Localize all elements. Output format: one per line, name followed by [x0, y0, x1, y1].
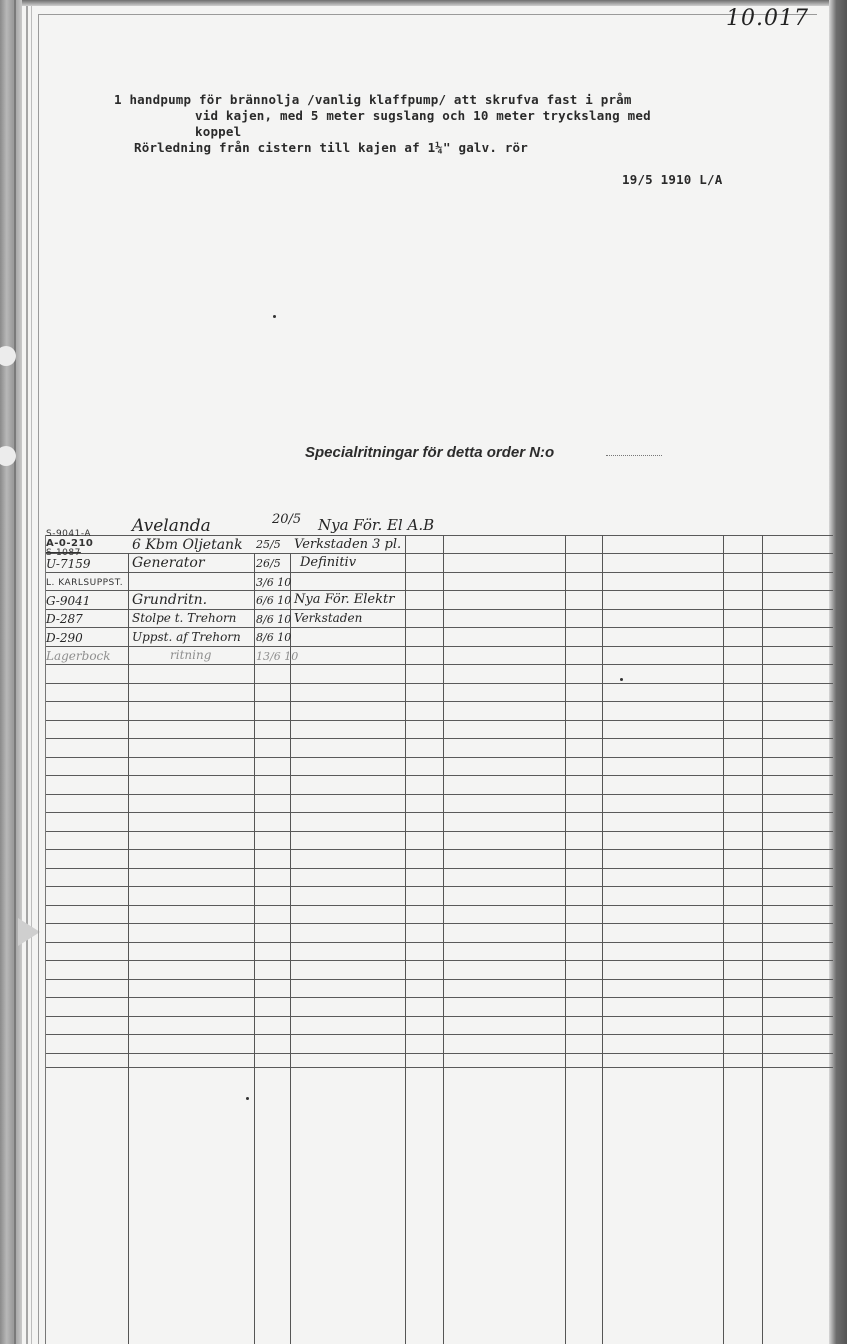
drawing-number: D-287 — [46, 612, 83, 626]
drawing-date: 13/6 10 — [256, 650, 298, 663]
column-rule — [405, 535, 406, 1344]
row-rule — [45, 1067, 833, 1068]
column-rule — [602, 535, 603, 1344]
column-rule — [443, 535, 444, 1344]
row-rule — [45, 590, 833, 591]
row-rule — [45, 738, 833, 739]
reference-number: 10.017 — [726, 6, 809, 31]
left-border-rule — [38, 14, 39, 1344]
drawing-destination: Nya För. Elektr — [294, 592, 394, 607]
drawing-description: Uppst. af Trehorn — [132, 630, 241, 644]
typed-line-3: koppel — [195, 124, 241, 139]
typed-line-4: Rörledning från cistern till kajen af 1¼… — [134, 140, 528, 155]
row-rule — [45, 942, 833, 943]
ink-speck — [246, 1097, 249, 1100]
drawing-description: Generator — [132, 555, 205, 571]
typed-line-2: vid kajen, med 5 meter sugslang och 10 m… — [195, 108, 651, 123]
row-rule — [45, 812, 833, 813]
folded-corner — [18, 918, 40, 946]
row-rule — [45, 720, 833, 721]
row-rule — [45, 979, 833, 980]
row-rule — [45, 794, 833, 795]
row-rule — [45, 960, 833, 961]
row-rule — [45, 831, 833, 832]
ink-speck — [273, 315, 276, 318]
row-rule — [45, 572, 833, 573]
drawing-date: 25/5 — [256, 538, 281, 551]
column-rule — [254, 553, 255, 1344]
row-rule — [45, 553, 833, 554]
row-rule — [45, 997, 833, 998]
drawing-date: 20/5 — [272, 512, 301, 527]
binding-rule — [26, 0, 28, 1344]
typed-line-1: 1 handpump för brännolja /vanlig klaffpu… — [114, 92, 632, 107]
row-rule — [45, 757, 833, 758]
row-rule — [45, 664, 833, 665]
drawing-description: ritning — [170, 648, 211, 662]
drawing-number: L. KARLSUPPST. — [46, 578, 123, 588]
row-rule — [45, 775, 833, 776]
drawing-number: D-290 — [46, 631, 83, 645]
row-rule — [45, 886, 833, 887]
row-rule — [45, 849, 833, 850]
row-rule — [45, 701, 833, 702]
column-rule — [723, 535, 724, 1344]
drawing-date: 8/6 10 — [256, 613, 291, 626]
drawing-destination: Verkstaden 3 pl. — [294, 537, 401, 552]
document-page: 10.017 1 handpump för brännolja /vanlig … — [0, 0, 847, 1344]
drawing-date: 6/6 10 — [256, 594, 291, 607]
drawing-description: Stolpe t. Trehorn — [132, 611, 236, 625]
row-rule — [45, 868, 833, 869]
ink-speck — [620, 678, 623, 681]
row-rule — [45, 609, 833, 610]
row-rule — [45, 1034, 833, 1035]
drawing-date: 3/6 10 — [256, 576, 291, 589]
right-page-edge — [829, 0, 847, 1344]
section-heading: Specialritningar för detta order N:o — [305, 444, 554, 461]
binding-edge — [0, 0, 22, 1344]
drawing-destination: Definitiv — [300, 555, 356, 570]
drawing-destination: Verkstaden — [294, 611, 362, 625]
drawings-table-grid — [0, 0, 847, 1344]
row-rule — [45, 1016, 833, 1017]
column-rule — [128, 553, 129, 1344]
row-rule — [45, 905, 833, 906]
column-rule — [762, 535, 763, 1344]
drawing-description: Grundritn. — [132, 592, 207, 608]
row-rule — [45, 1053, 833, 1054]
drawing-date: 8/6 10 — [256, 631, 291, 644]
row-rule — [45, 627, 833, 628]
drawing-destination: Nya För. El A.B — [318, 516, 434, 534]
top-border-rule — [38, 14, 817, 15]
top-page-edge — [22, 0, 829, 6]
binding-rule — [14, 0, 16, 1344]
order-number-blank — [606, 455, 662, 456]
drawing-description: 6 Kbm Oljetank — [132, 537, 243, 553]
row-rule — [45, 646, 833, 647]
drawing-number: U-7159 — [46, 557, 91, 571]
drawing-number: Lagerbock — [46, 649, 111, 663]
drawing-description: Avelanda — [132, 516, 211, 536]
column-rule — [565, 535, 566, 1344]
drawing-date: 26/5 — [256, 557, 281, 570]
row-rule — [45, 683, 833, 684]
drawing-number: G-9041 — [46, 594, 90, 608]
typed-signature-date: 19/5 1910 L/A — [622, 172, 722, 187]
column-rule — [290, 553, 291, 1344]
row-rule — [45, 923, 833, 924]
binding-rule — [31, 0, 32, 1344]
